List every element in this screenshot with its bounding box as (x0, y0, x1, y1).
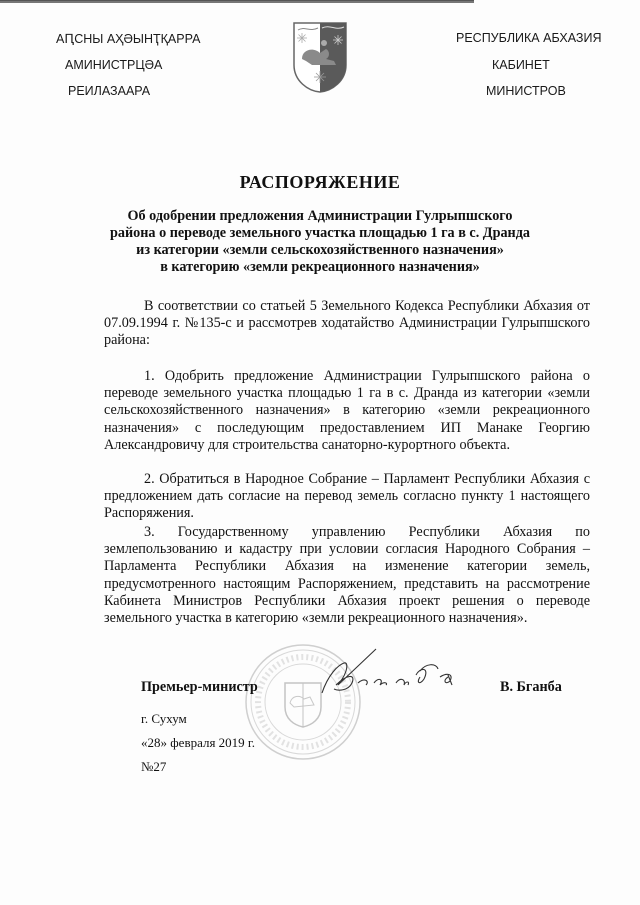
document-subtitle: Об одобрении предложения Администрации Г… (100, 208, 540, 276)
header-left-line-2: АМИНИСТРЦӘА (65, 58, 162, 72)
subtitle-line-4: в категорию «земли рекреационного назнач… (100, 259, 540, 276)
header-rule-thick (0, 1, 474, 3)
signatory-name: В. Бганба (500, 679, 562, 696)
subtitle-line-1: Об одобрении предложения Администрации Г… (100, 208, 540, 225)
item-1-paragraph: 1. Одобрить предложение Администрации Гу… (104, 368, 590, 454)
header-right-line-2: КАБИНЕТ (492, 58, 550, 72)
header-left-line-3: РЕИЛАЗААРА (68, 84, 150, 98)
intro-paragraph: В соответствии со статьей 5 Земельного К… (104, 298, 590, 350)
subtitle-line-3: из категории «земли сельскохозяйственног… (100, 242, 540, 259)
document-city: г. Сухум (141, 711, 187, 727)
document-page: АԤСНЫ АҲӘЫНҬҚАРРА АМИНИСТРЦӘА РЕИЛАЗААРА… (0, 0, 640, 905)
signatory-role: Премьер-министр (141, 679, 258, 696)
item-2-paragraph: 2. Обратиться в Народное Собрание – Парл… (104, 471, 590, 523)
document-date: «28» февраля 2019 г. (141, 735, 255, 751)
header-left-line-1: АԤСНЫ АҲӘЫНҬҚАРРА (56, 31, 200, 46)
header-right-line-1: РЕСПУБЛИКА АБХАЗИЯ (456, 31, 601, 45)
header-right-line-3: МИНИСТРОВ (486, 84, 566, 98)
document-title: РАСПОРЯЖЕНИЕ (0, 172, 640, 193)
item-3-paragraph: 3. Государственному управлению Республик… (104, 524, 590, 627)
subtitle-line-2: района о переводе земельного участка пло… (100, 225, 540, 242)
document-number: №27 (141, 759, 166, 775)
handwritten-signature-icon (320, 645, 470, 705)
coat-of-arms-icon (292, 21, 348, 93)
